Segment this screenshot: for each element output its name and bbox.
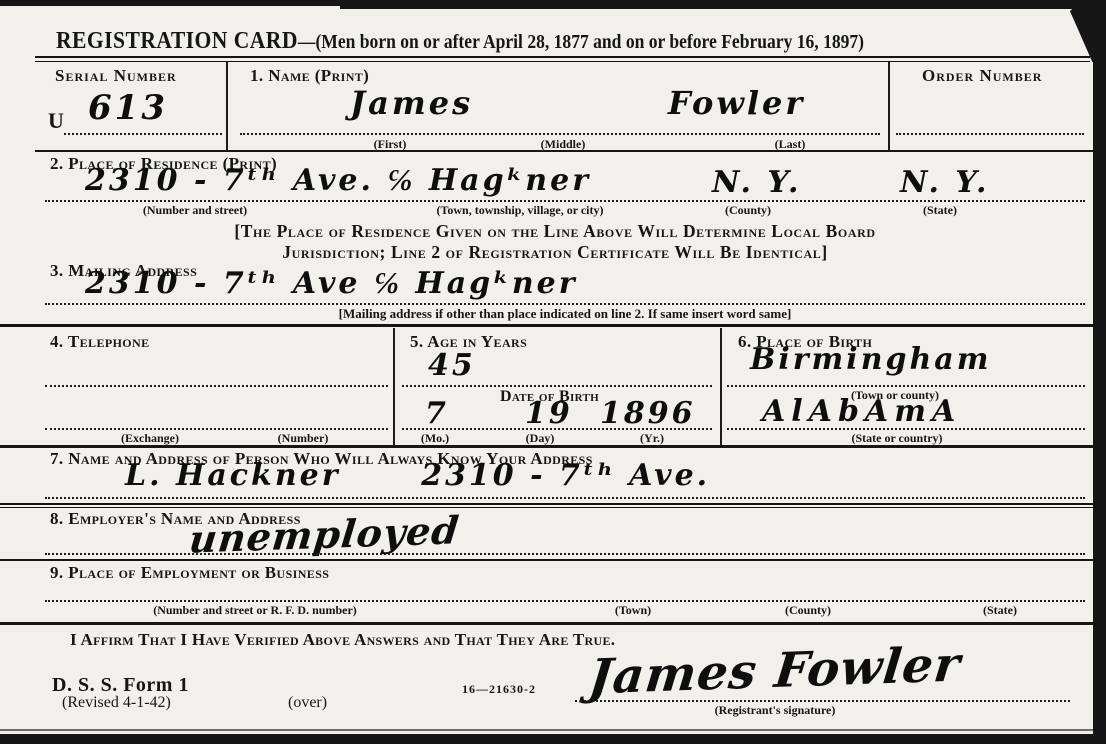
birth-town-value: Birmingham xyxy=(750,342,991,377)
serial-number-line xyxy=(64,133,222,135)
caption-county: (County) xyxy=(725,203,771,218)
caption-employment-state: (State) xyxy=(983,603,1017,618)
card-title-eligibility: —(Men born on or after April 28, 1877 an… xyxy=(298,32,864,53)
caption-state-or-country: (State or country) xyxy=(851,431,942,446)
employment-label: 9. Place of Employment or Business xyxy=(50,563,329,583)
registration-card-scan: REGISTRATION CARD—(Men born on or after … xyxy=(0,0,1106,744)
caption-year: (Yr.) xyxy=(640,431,664,446)
dob-year-value: 1896 xyxy=(600,396,696,431)
divider-serial-name xyxy=(226,62,228,150)
residence-street-value: 2310 - 7ᵗʰ Ave. ℅ Hagᵏner xyxy=(85,163,591,198)
contact-person-value: L. Hackner 2310 - 7ᵗʰ Ave. xyxy=(125,458,710,493)
card-title: REGISTRATION CARD—(Men born on or after … xyxy=(56,28,864,55)
divider-name-order xyxy=(888,62,890,150)
caption-registrant-signature: (Registrant's signature) xyxy=(715,703,836,718)
divider-age-birth xyxy=(720,328,722,445)
jurisdiction-line1: [The Place of Residence Given on the Lin… xyxy=(60,221,1050,242)
residence-county-value: N. Y. xyxy=(712,165,801,200)
serial-number-value: 613 xyxy=(88,88,168,128)
affirmation-statement: I Affirm That I Have Verified Above Answ… xyxy=(70,630,615,650)
contact-line xyxy=(45,497,1085,499)
over-note: (over) xyxy=(288,694,327,712)
jurisdiction-line2: Jurisdiction; Line 2 of Registration Cer… xyxy=(60,242,1050,263)
telephone-line-1 xyxy=(45,385,388,387)
age-line xyxy=(402,385,712,387)
residence-state-value: N. Y. xyxy=(900,165,989,200)
caption-exchange: (Exchange) xyxy=(121,431,179,446)
birth-state-value: AlAbAmA xyxy=(762,394,961,429)
rule-row9-bottom xyxy=(0,622,1096,625)
card-bottom-line xyxy=(0,729,1106,731)
caption-number-street: (Number and street) xyxy=(143,203,247,218)
order-number-label: Order Number xyxy=(922,66,1042,86)
jurisdiction-notice: [The Place of Residence Given on the Lin… xyxy=(60,221,1050,263)
dob-month-value: 7 xyxy=(425,396,449,431)
scan-edge-bottom xyxy=(0,734,1106,744)
telephone-label: 4. Telephone xyxy=(50,332,150,352)
rule-mailing-bottom xyxy=(0,324,1096,327)
residence-line xyxy=(45,200,1085,202)
caption-number: (Number) xyxy=(278,431,329,446)
scan-edge-right xyxy=(1093,20,1106,744)
caption-state: (State) xyxy=(923,203,957,218)
name-last-value: Fowler xyxy=(668,84,805,122)
mailing-address-value: 2310 - 7ᵗʰ Ave ℅ Hagᵏner xyxy=(85,266,578,301)
name-field-label: 1. Name (Print) xyxy=(250,66,369,86)
mailing-line xyxy=(45,303,1085,305)
form-revision: (Revised 4-1-42) xyxy=(62,694,171,712)
employer-line xyxy=(45,553,1085,555)
print-code: 16—21630-2 xyxy=(462,682,536,697)
mailing-note: [Mailing address if other than place ind… xyxy=(339,306,792,322)
name-first-value: James xyxy=(350,84,473,122)
caption-employment-town: (Town) xyxy=(615,603,651,618)
caption-employment-county: (County) xyxy=(785,603,831,618)
rule-row1-bottom xyxy=(35,150,1093,152)
serial-prefix: U xyxy=(48,108,64,134)
divider-telephone-age xyxy=(393,328,395,445)
title-rule xyxy=(35,56,1090,62)
signature-line xyxy=(575,700,1070,702)
caption-day: (Day) xyxy=(526,431,555,446)
order-number-line xyxy=(896,133,1084,135)
name-line xyxy=(240,133,880,135)
dob-day-value: 19 xyxy=(525,396,573,431)
telephone-line-2 xyxy=(45,428,388,430)
rule-row8-bottom xyxy=(0,559,1096,561)
birth-town-line xyxy=(727,385,1085,387)
caption-rfd-number: (Number and street or R. F. D. number) xyxy=(153,603,357,618)
dob-line xyxy=(402,428,712,430)
scan-edge-top-right xyxy=(340,4,1106,9)
caption-town-township: (Town, township, village, or city) xyxy=(436,203,603,218)
birth-state-line xyxy=(727,428,1085,430)
rule-row7-bottom xyxy=(0,503,1096,508)
serial-number-label: Serial Number xyxy=(55,66,177,86)
card-title-main: REGISTRATION CARD xyxy=(56,28,298,54)
caption-month: (Mo.) xyxy=(421,431,449,446)
age-value: 45 xyxy=(428,348,476,383)
registrant-signature: James Fowler xyxy=(586,637,963,706)
employment-line xyxy=(45,600,1085,602)
rule-row456-bottom xyxy=(0,445,1096,448)
